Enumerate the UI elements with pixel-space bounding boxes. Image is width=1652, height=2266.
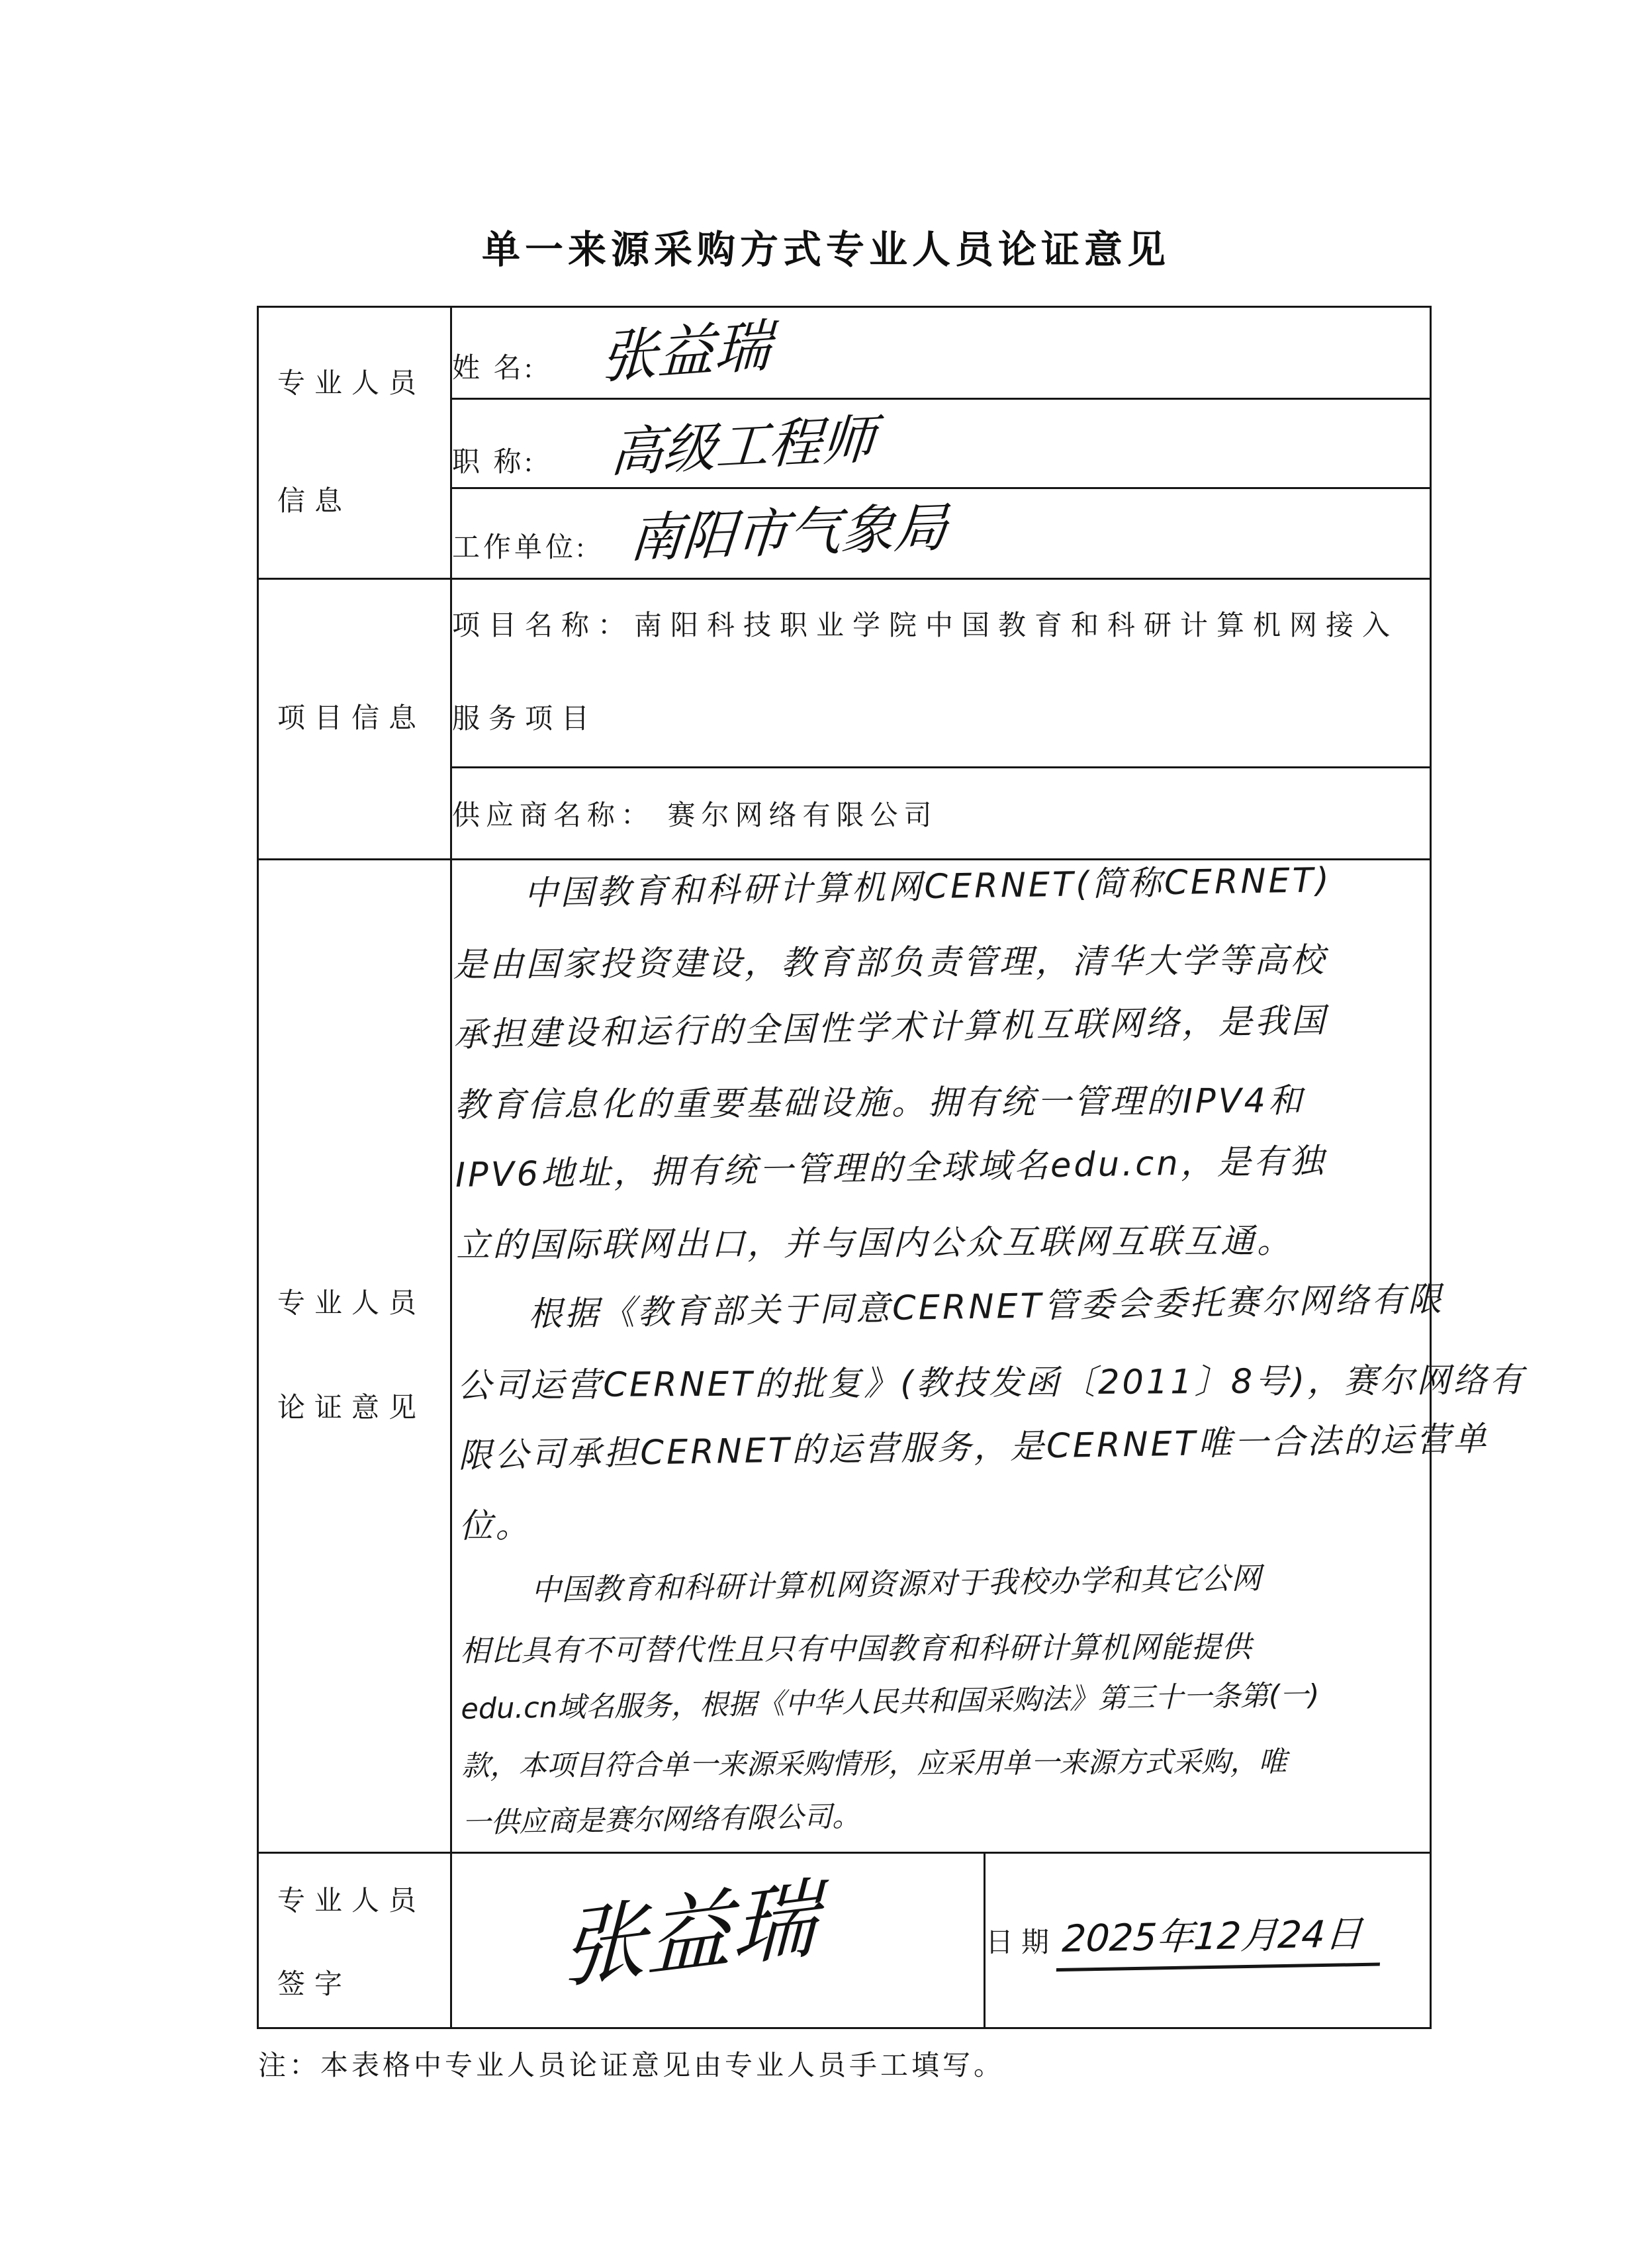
job-title-label: 职 称:	[452, 447, 535, 478]
row-name: 专业人员 信息 姓 名: 张益瑞	[258, 307, 1431, 399]
footnote: 注：本表格中专业人员论证意见由专业人员手工填写。	[258, 2044, 1005, 2083]
project-section-label-wrap: 项目信息	[259, 703, 450, 735]
name-label: 姓 名:	[452, 353, 535, 384]
row-project-name: 项目信息 项目名称：南阳科技职业学院中国教育和科研计算机网接入服务项目	[258, 579, 1431, 768]
signature-section-label: 专业人员 签字	[259, 1868, 450, 2013]
name-field-cell: 姓 名: 张益瑞	[451, 307, 1431, 399]
work-unit-handwritten-value: 南阳市气象局	[627, 484, 950, 572]
scanned-document-page: 单一来源采购方式专业人员论证意见 专业人员 信息 姓 名: 张益瑞 职 称:	[0, 0, 1652, 2266]
supplier-name-cell: 供应商名称： 赛尔网络有限公司	[451, 768, 1431, 860]
document-title: 单一来源采购方式专业人员论证意见	[0, 218, 1652, 274]
row-opinion: 专业人员 论证意见 中国教育和科研计算机网CERNET(简称CERNET) 是由…	[258, 860, 1431, 1853]
personnel-label-line2: 信息	[277, 486, 450, 518]
signature-section-cell: 专业人员 签字	[258, 1853, 451, 2028]
work-unit-label: 工作单位:	[452, 533, 588, 563]
handwritten-opinion-text: 中国教育和科研计算机网CERNET(简称CERNET) 是由国家投资建设，教育部…	[452, 850, 1440, 1852]
personnel-label-line1: 专业人员	[277, 368, 450, 400]
project-section-label: 项目信息	[277, 703, 450, 735]
opinion-section-cell: 专业人员 论证意见	[258, 860, 451, 1853]
job-title-field-cell: 职 称: 高级工程师	[451, 399, 1431, 488]
personnel-section-cell: 专业人员 信息	[258, 307, 451, 579]
handwritten-date: 2025年12月24日	[1056, 1904, 1384, 1971]
name-handwritten-value: 张益瑞	[600, 300, 773, 394]
opinion-label-line2: 论证意见	[277, 1392, 450, 1424]
signature-label-line1: 专业人员	[277, 1885, 450, 1917]
signature-label-line2: 签字	[277, 1969, 450, 2001]
opinion-section-label: 专业人员 论证意见	[259, 1288, 450, 1425]
row-signature: 专业人员 签字 张益瑞 日期2025年12月24日	[258, 1853, 1431, 2028]
personnel-section-label: 专业人员 信息	[259, 368, 450, 518]
work-unit-field-cell: 工作单位: 南阳市气象局	[451, 488, 1431, 579]
handwritten-signature: 张益瑞	[560, 1848, 818, 2005]
date-label: 日期	[986, 1928, 1057, 1958]
job-title-handwritten-value: 高级工程师	[608, 396, 878, 486]
date-cell: 日期2025年12月24日	[985, 1853, 1431, 2028]
signature-value-cell: 张益瑞	[451, 1853, 985, 2028]
opinion-form-table: 专业人员 信息 姓 名: 张益瑞 职 称: 高级工程师 工作单位: 南阳市气象局	[257, 306, 1432, 2029]
opinion-content-cell: 中国教育和科研计算机网CERNET(简称CERNET) 是由国家投资建设，教育部…	[451, 860, 1431, 1853]
opinion-label-line1: 专业人员	[277, 1288, 450, 1320]
project-name-cell: 项目名称：南阳科技职业学院中国教育和科研计算机网接入服务项目	[451, 579, 1431, 768]
project-section-cell: 项目信息	[258, 579, 451, 860]
